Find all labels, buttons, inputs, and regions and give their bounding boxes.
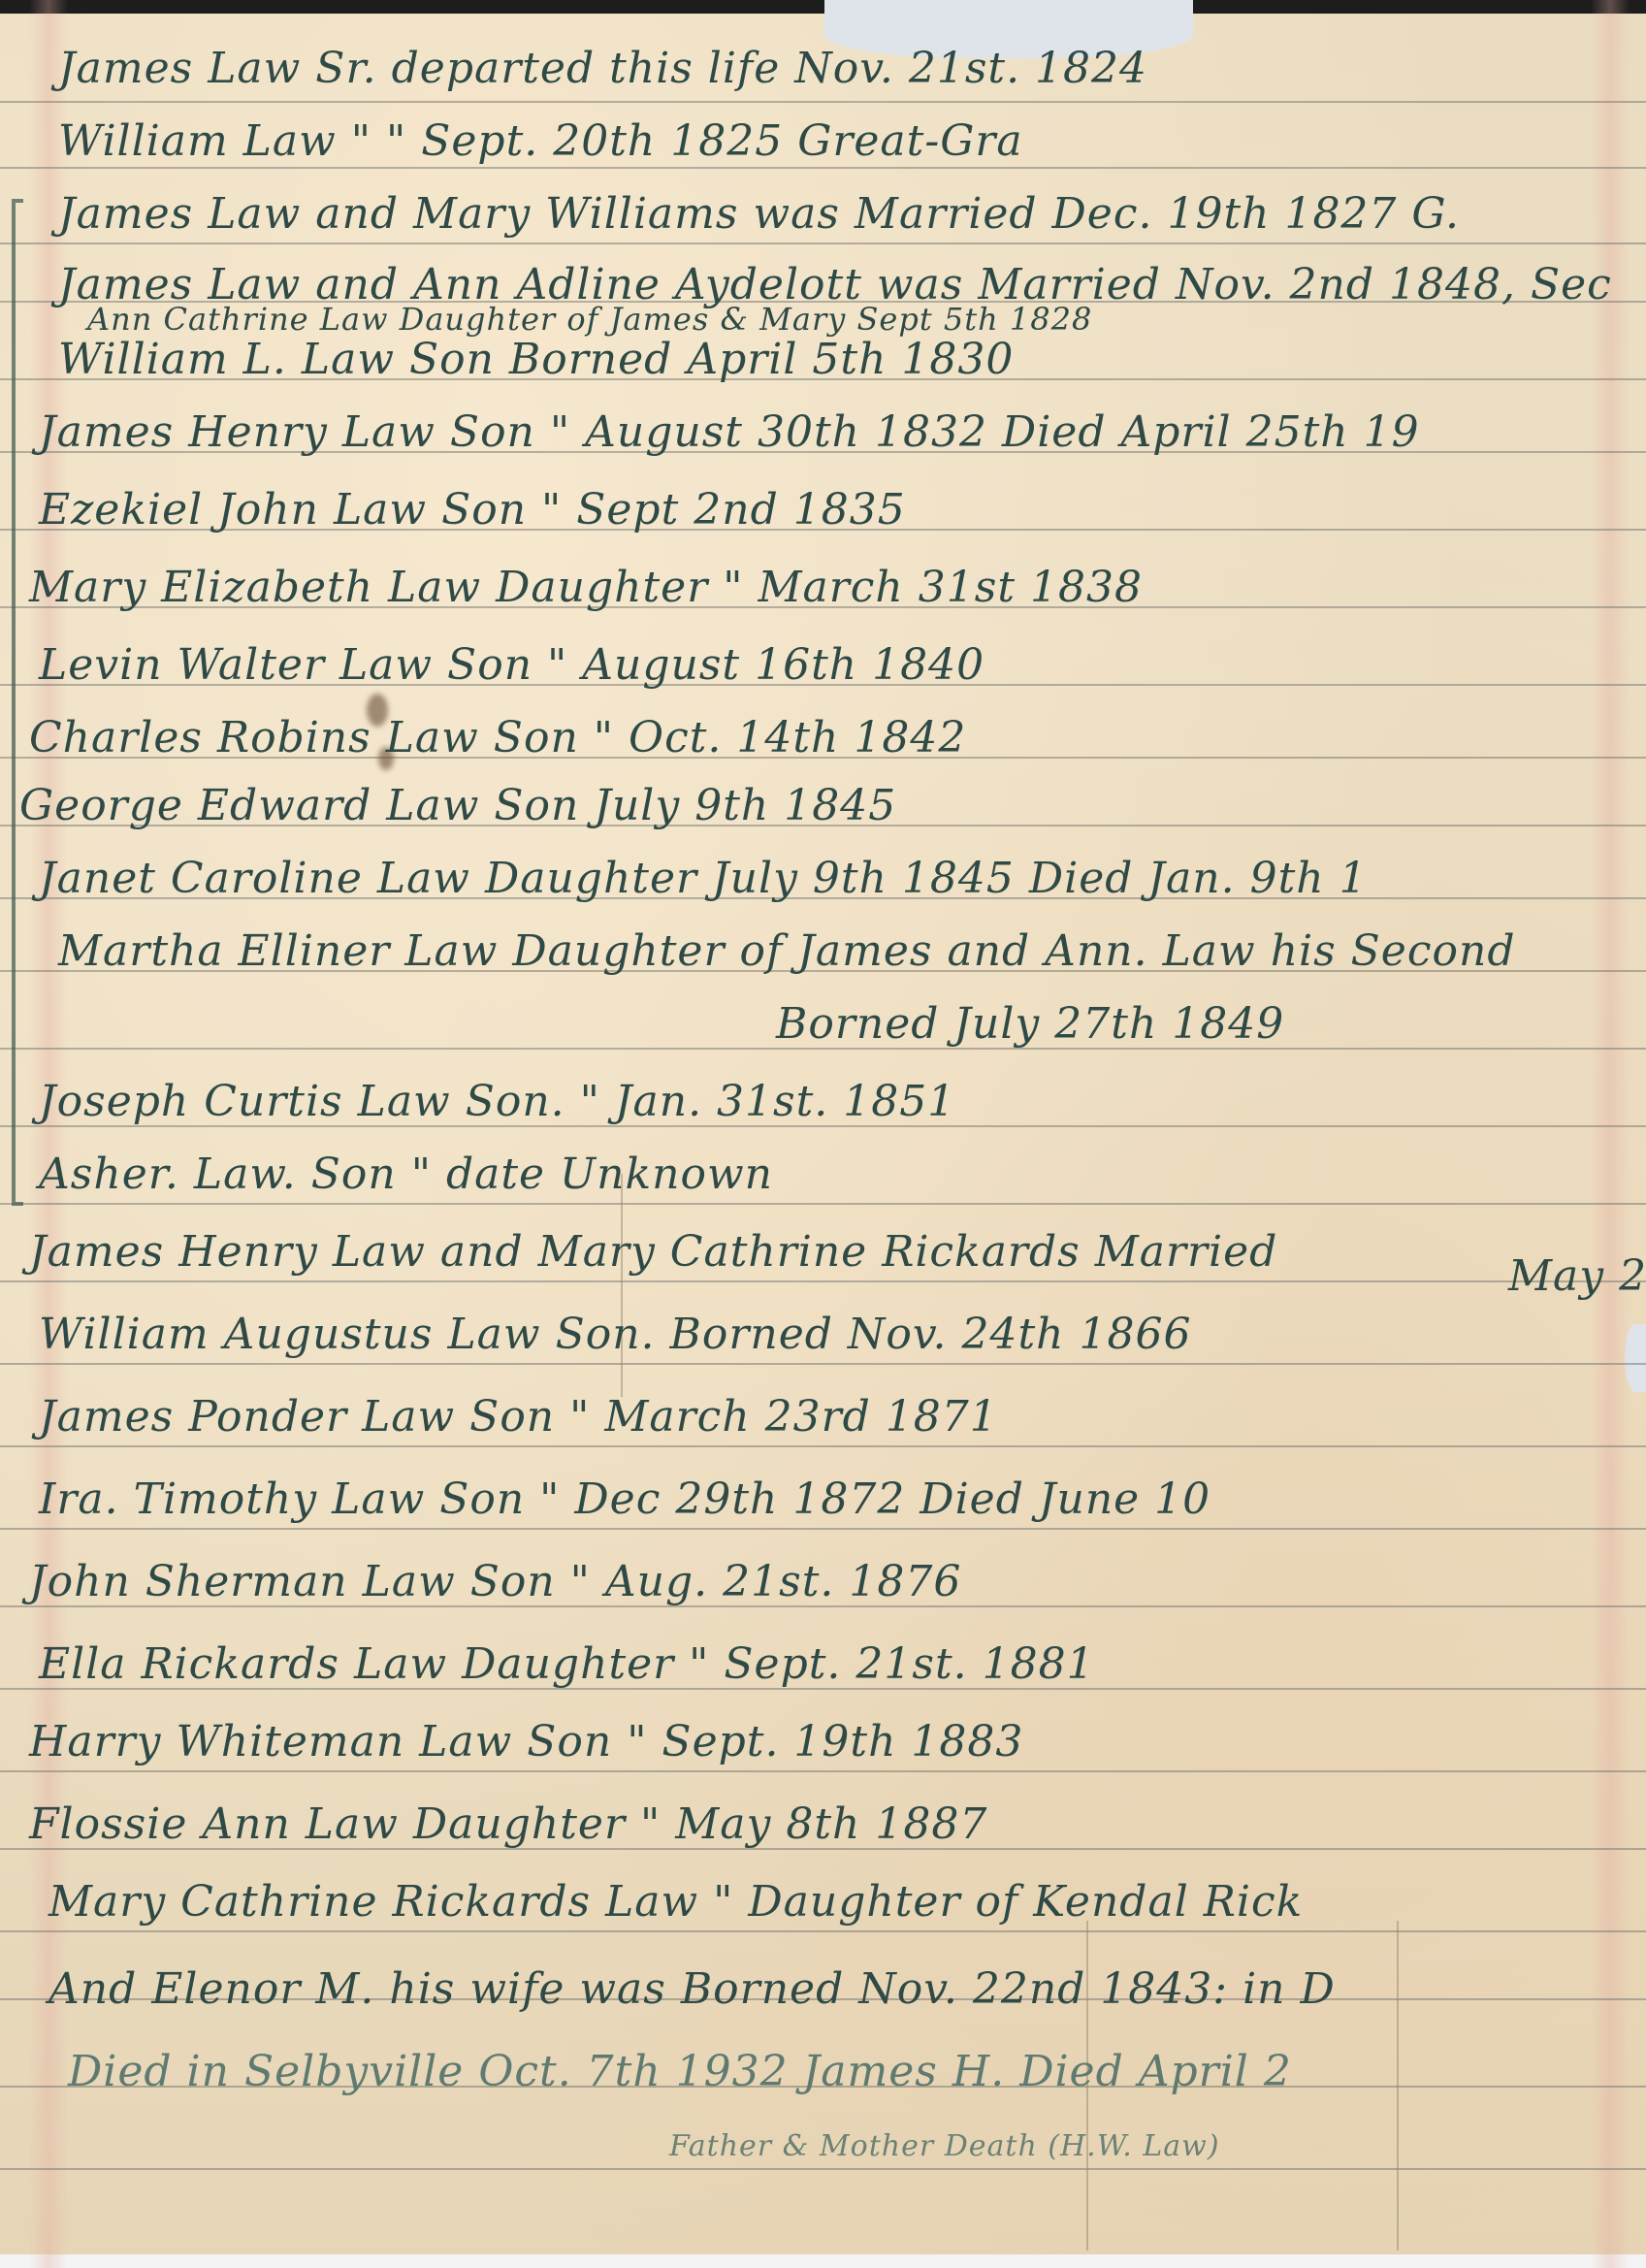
entry-line: James Law Sr. departed this life Nov. 21… <box>58 44 1147 93</box>
entry-line: Flossie Ann Law Daughter " May 8th 1887 <box>29 1799 987 1849</box>
ruled-line <box>0 1363 1646 1365</box>
ruled-line <box>0 101 1646 103</box>
ruled-line <box>0 1528 1646 1530</box>
paper-crease <box>1397 1921 1399 2251</box>
ruled-line <box>0 1770 1646 1772</box>
entry-line: James Ponder Law Son " March 23rd 1871 <box>39 1392 998 1442</box>
ruled-line <box>0 243 1646 244</box>
entry-line: Mary Cathrine Rickards Law " Daughter of… <box>48 1877 1303 1927</box>
entry-line: James Henry Law and Mary Cathrine Rickar… <box>29 1227 1277 1277</box>
entry-line: Harry Whiteman Law Son " Sept. 19th 1883 <box>29 1717 1023 1766</box>
scan-bottom-edge <box>0 2254 1646 2268</box>
entry-line: Mary Elizabeth Law Daughter " March 31st… <box>29 563 1143 612</box>
entry-line: Ira. Timothy Law Son " Dec 29th 1872 Die… <box>39 1474 1210 1524</box>
entry-line: Ann Cathrine Law Daughter of James & Mar… <box>87 301 1092 338</box>
entry-line: Martha Elliner Law Daughter of James and… <box>58 926 1515 976</box>
margin-line-right <box>1591 0 1630 2268</box>
annotation-note: Father & Mother Death (H.W. Law) <box>669 2129 1220 2163</box>
ruled-line <box>0 1930 1646 1932</box>
entry-line: George Edward Law Son July 9th 1845 <box>19 781 896 830</box>
paper-crease <box>621 1174 623 1397</box>
entry-line: John Sherman Law Son " Aug. 21st. 1876 <box>29 1557 961 1606</box>
entry-line: Died in Selbyville Oct. 7th 1932 James H… <box>68 2047 1292 2096</box>
entry-line: Joseph Curtis Law Son. " Jan. 31st. 1851 <box>39 1077 955 1126</box>
entry-line: James Henry Law Son " August 30th 1832 D… <box>39 407 1420 457</box>
entry-line: And Elenor M. his wife was Borned Nov. 2… <box>48 1964 1336 2014</box>
entry-line: William Law " " Sept. 20th 1825 Great-Gr… <box>58 116 1023 166</box>
ruled-line <box>0 167 1646 169</box>
family-bracket-line <box>12 199 23 1206</box>
entry-line: Levin Walter Law Son " August 16th 1840 <box>39 640 984 690</box>
document-page: James Law Sr. departed this life Nov. 21… <box>0 0 1646 2268</box>
ruled-line <box>0 2168 1646 2170</box>
entry-line: James Law and Mary Williams was Married … <box>58 189 1460 239</box>
ruled-line <box>0 1203 1646 1205</box>
entry-line: Charles Robins Law Son " Oct. 14th 1842 <box>29 713 966 762</box>
entry-line: Borned July 27th 1849 <box>776 999 1284 1049</box>
entry-line: Asher. Law. Son " date Unknown <box>39 1150 773 1199</box>
entry-line: William Augustus Law Son. Borned Nov. 24… <box>39 1310 1191 1359</box>
entry-line: Ezekiel John Law Son " Sept 2nd 1835 <box>39 485 906 535</box>
ruled-line <box>0 1280 1646 1282</box>
entry-line: Ella Rickards Law Daughter " Sept. 21st.… <box>39 1639 1095 1689</box>
entry-line: William L. Law Son Borned April 5th 1830 <box>58 335 1014 384</box>
entry-line: Janet Caroline Law Daughter July 9th 184… <box>39 854 1368 903</box>
ruled-line <box>0 1445 1646 1447</box>
entry-line-margin: May 21 <box>1508 1251 1646 1301</box>
scan-top-edge <box>0 0 1646 14</box>
